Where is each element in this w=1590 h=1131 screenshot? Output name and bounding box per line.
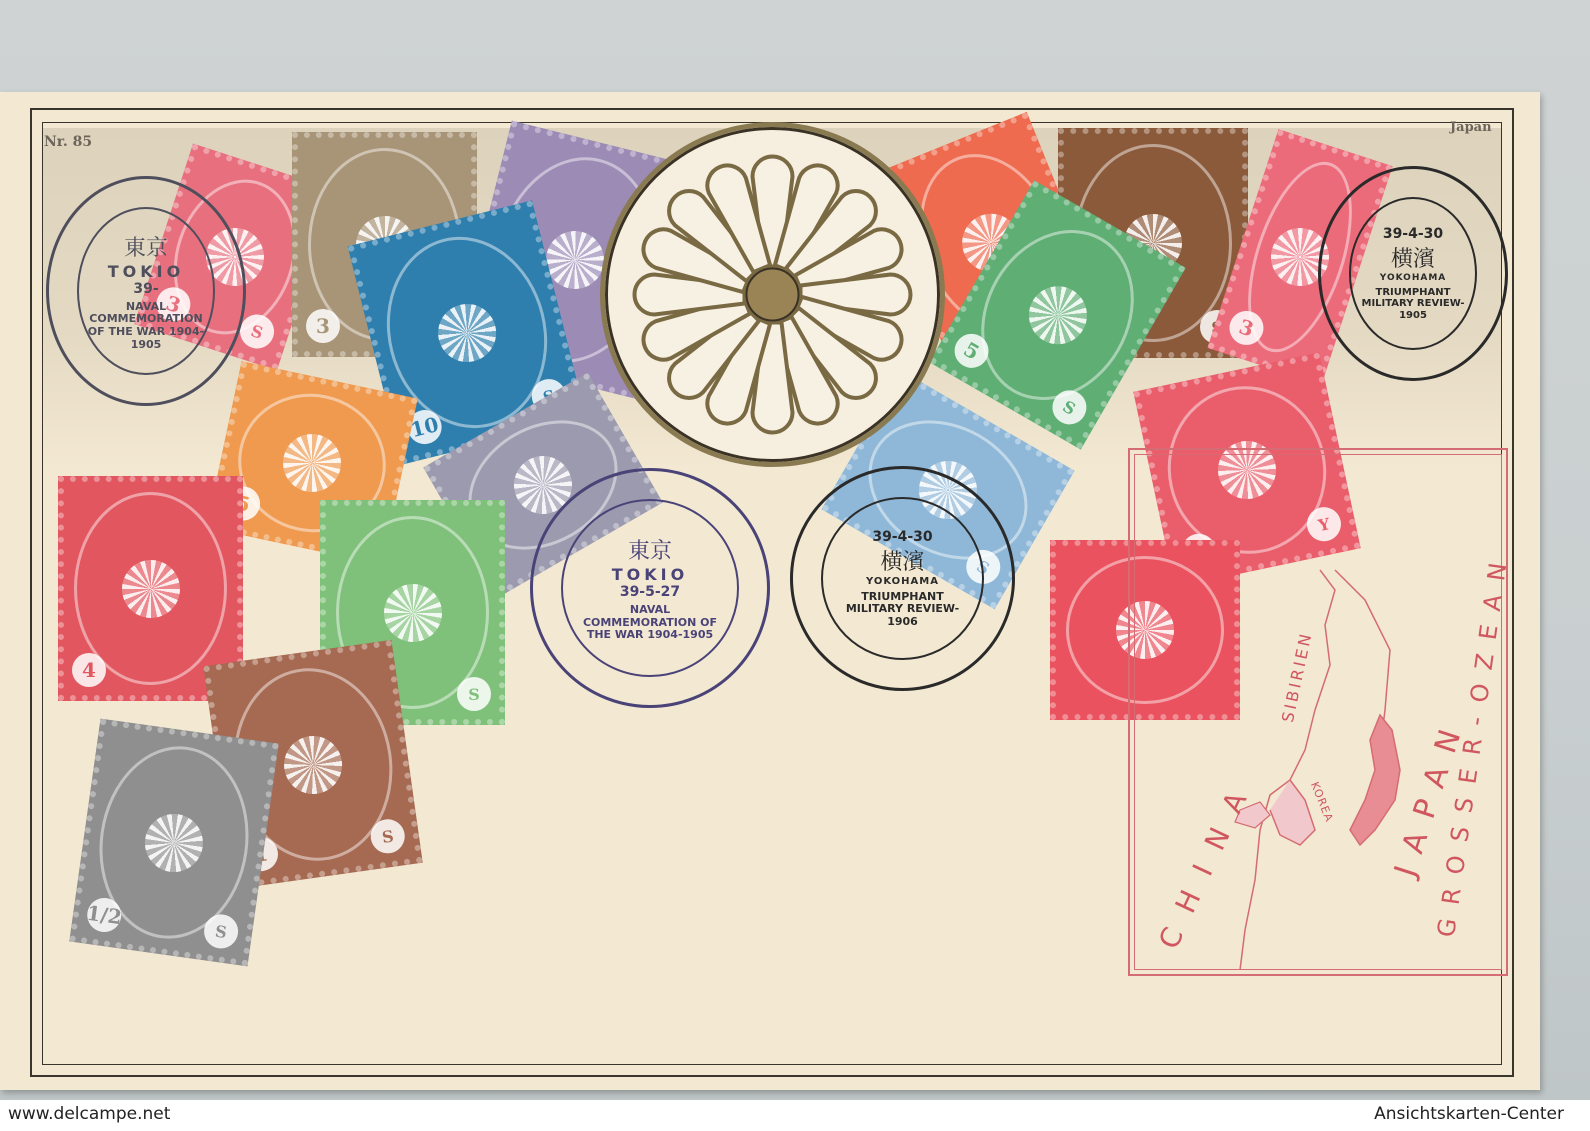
postmark-yokohama-topright: 39-4-30 横濱 YOKOHAMA TRIUMPHANT MILITARY … <box>1318 166 1508 381</box>
country-label: Japan <box>1450 120 1492 135</box>
postmark-yokohama-center: 39-4-30 横濱 YOKOHAMA TRIUMPHANT MILITARY … <box>790 466 1015 691</box>
chrysanthemum-icon <box>384 584 442 642</box>
chrysanthemum-icon <box>280 732 346 798</box>
stamp-unit: S <box>457 677 491 711</box>
card-number-label: Nr. 85 <box>44 134 92 150</box>
chrysanthemum-seal-icon <box>600 122 945 467</box>
postmark-tokio-center: 東京 TOKIO 39-5-27 NAVAL COMMEMORATION OF … <box>530 468 770 708</box>
chrysanthemum-icon <box>1018 275 1097 354</box>
watermark-right: Ansichtskarten-Center <box>1374 1104 1564 1124</box>
postmark-tokio-topleft: 東京 TOKIO 39- NAVAL COMMEMORATION OF THE … <box>46 176 246 406</box>
stamp: 1/2S <box>69 719 279 967</box>
chrysanthemum-icon <box>278 429 347 498</box>
chrysanthemum-icon <box>141 810 207 876</box>
chrysanthemum-petals-icon <box>605 127 940 462</box>
chrysanthemum-icon <box>432 297 502 367</box>
watermark-left: www.delcampe.net <box>8 1104 170 1124</box>
chrysanthemum-icon <box>122 560 180 618</box>
stamp-value: 4 <box>72 653 106 687</box>
stamp-value: 3 <box>306 309 340 343</box>
